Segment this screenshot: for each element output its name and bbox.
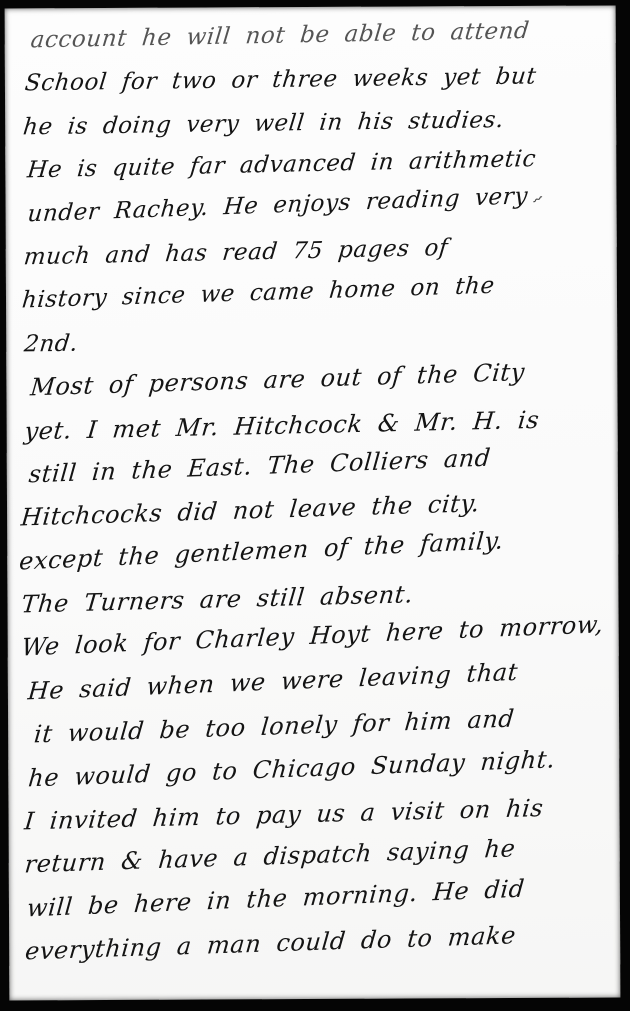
- letter-page: account he will not be able to attend Sc…: [5, 6, 621, 1001]
- letter-body: account he will not be able to attend Sc…: [17, 16, 615, 987]
